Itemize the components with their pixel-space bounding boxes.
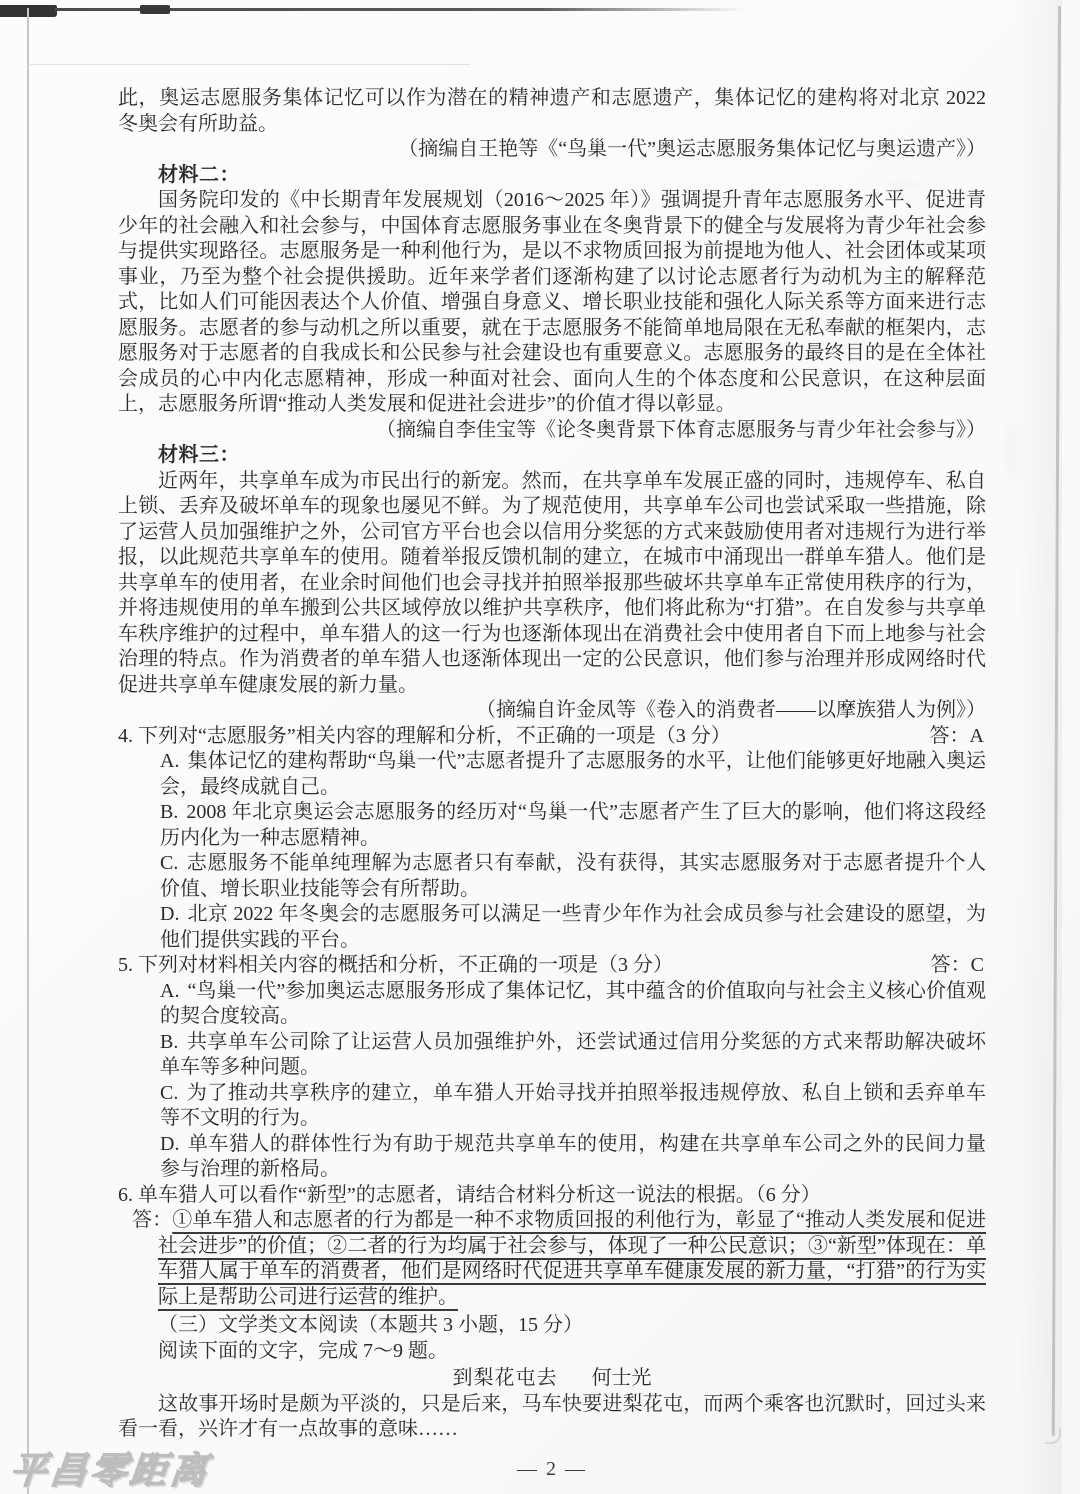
question-5: 5. 下列对材料相关内容的概括和分析，不正确的一项是（3 分） 答：C <box>118 953 986 979</box>
option-text: 共享单车公司除了让运营人员加强维护外，还尝试通过信用分奖惩的方式来帮助解决破坏单… <box>160 1031 986 1079</box>
option-text: 集体记忆的建构帮助“鸟巢一代”志愿者提升了志愿服务的水平，让他们能够更好地融入奥… <box>160 750 986 798</box>
question-4-option-c: C.志愿服务不能单纯理解为志愿者只有奉献，没有获得，其实志愿服务对于志愿者提升个… <box>160 851 986 902</box>
scan-artifact-top-line <box>55 8 745 11</box>
answer-label: 答： <box>132 1209 172 1231</box>
question-6-answer: 答：①单车猎人和志愿者的行为都是一种不求物质回报的利他行为，彰显了“推动人类发展… <box>132 1208 986 1310</box>
option-text: 为了推动共享秩序的建立，单车猎人开始寻找并拍照举报违规停放、私自上锁和丢弃单车等… <box>160 1082 986 1130</box>
citation-material1: （摘编自王艳等《“鸟巢一代”奥运志愿服务集体记忆与奥运遗产》） <box>118 137 986 163</box>
material3-heading: 材料三： <box>118 443 986 469</box>
document-body: 此，奥运志愿服务集体记忆可以作为潜在的精神遗产和志愿遗产，集体记忆的建构将对北京… <box>118 86 986 1482</box>
intro-continuation-paragraph: 此，奥运志愿服务集体记忆可以作为潜在的精神遗产和志愿遗产，集体记忆的建构将对北京… <box>118 86 986 137</box>
citation-material2: （摘编自李佳宝等《论冬奥背景下体育志愿服务与青少年社会参与》） <box>118 418 986 444</box>
question-5-option-d: D.单车猎人的群体性行为有助于规范共享单车的使用，构建在共享单车公司之外的民间力… <box>160 1132 986 1183</box>
scan-artifact-top-blob-2 <box>140 5 170 14</box>
question-4-stem: 4. 下列对“志愿服务”相关内容的理解和分析，不正确的一项是（3 分） <box>118 724 731 750</box>
scan-artifact-right-shadow <box>1016 0 1062 1494</box>
option-text: 北京 2022 年冬奥会的志愿服务可以满足一些青少年作为社会成员参与社会建设的愿… <box>160 903 986 951</box>
option-label: C. <box>160 852 186 874</box>
material2-paragraph: 国务院印发的《中长期青年发展规划（2016～2025 年）》强调提升青年志愿服务… <box>118 188 986 418</box>
reading-title: 到梨花屯去 <box>453 1367 558 1389</box>
question-5-option-c: C.为了推动共享秩序的建立，单车猎人开始寻找并拍照举报违规停放、私自上锁和丢弃单… <box>160 1081 986 1132</box>
page-number: — 2 — <box>118 1457 986 1483</box>
section3-instruction: 阅读下面的文字，完成 7～9 题。 <box>118 1339 986 1365</box>
reading-opening-paragraph: 这故事开场时是颇为平淡的，只是后来，马车快要进梨花屯，而两个乘客也沉默时，回过头… <box>118 1392 986 1443</box>
option-label: B. <box>160 801 186 823</box>
answer-text-underlined: ①单车猎人和志愿者的行为都是一种不求物质回报的利他行为，彰显了“推动人类发展和促… <box>158 1209 986 1308</box>
scan-artifact-top-blob <box>0 5 57 17</box>
section3-heading: （三）文学类文本阅读（本题共 3 小题，15 分） <box>118 1313 986 1339</box>
material2-heading: 材料二： <box>118 163 986 189</box>
material3-paragraph: 近两年，共享单车成为市民出行的新宠。然而，在共享单车发展正盛的同时，违规停车、私… <box>118 469 986 699</box>
option-text: “鸟巢一代”参加奥运志愿服务形成了集体记忆，其中蕴含的价值取向与社会主义核心价值… <box>160 980 986 1028</box>
option-label: D. <box>160 1133 187 1155</box>
scan-artifact-paper-edge <box>1051 6 1060 1436</box>
option-label: A. <box>160 750 187 772</box>
watermark: 平昌零距离 <box>7 1440 213 1494</box>
scan-artifact-left-fold-line <box>27 8 29 1494</box>
question-4-option-b: B.2008 年北京奥运会志愿服务的经历对“鸟巢一代”志愿者产生了巨大的影响，他… <box>160 800 986 851</box>
scan-artifact-faint-line <box>30 64 470 65</box>
question-4-option-d: D.北京 2022 年冬奥会的志愿服务可以满足一些青少年作为社会成员参与社会建设… <box>160 902 986 953</box>
option-label: C. <box>160 1082 186 1104</box>
option-label: D. <box>160 903 187 925</box>
reading-author: 何士光 <box>592 1367 652 1389</box>
question-5-stem: 5. 下列对材料相关内容的概括和分析，不正确的一项是（3 分） <box>118 953 673 979</box>
question-5-option-a: A.“鸟巢一代”参加奥运志愿服务形成了集体记忆，其中蕴含的价值取向与社会主义核心… <box>160 979 986 1030</box>
scan-smudge <box>1005 420 1021 480</box>
question-5-option-b: B.共享单车公司除了让运营人员加强维护外，还尝试通过信用分奖惩的方式来帮助解决破… <box>160 1030 986 1081</box>
option-text: 志愿服务不能单纯理解为志愿者只有奉献，没有获得，其实志愿服务对于志愿者提升个人价… <box>160 852 986 900</box>
option-label: A. <box>160 980 187 1002</box>
question-4: 4. 下列对“志愿服务”相关内容的理解和分析，不正确的一项是（3 分） 答：A <box>118 724 986 750</box>
option-text: 2008 年北京奥运会志愿服务的经历对“鸟巢一代”志愿者产生了巨大的影响，他们将… <box>160 801 986 849</box>
question-4-answer-key: 答：A <box>930 724 986 750</box>
reading-title-line: 到梨花屯去何士光 <box>118 1366 986 1392</box>
scanned-exam-page: 此，奥运志愿服务集体记忆可以作为潜在的精神遗产和志愿遗产，集体记忆的建构将对北京… <box>0 0 1080 1494</box>
citation-material3: （摘编自许金凤等《卷入的消费者——以摩族猎人为例》） <box>118 698 986 724</box>
scan-artifact-paper-corner <box>1045 1428 1061 1444</box>
option-text: 单车猎人的群体性行为有助于规范共享单车的使用，构建在共享单车公司之外的民间力量参… <box>160 1133 986 1181</box>
question-4-option-a: A.集体记忆的建构帮助“鸟巢一代”志愿者提升了志愿服务的水平，让他们能够更好地融… <box>160 749 986 800</box>
question-5-answer-key: 答：C <box>931 953 986 979</box>
question-6-stem: 6. 单车猎人可以看作“新型”的志愿者，请结合材料分析这一说法的根据。（6 分） <box>118 1183 986 1209</box>
option-label: B. <box>160 1031 186 1053</box>
